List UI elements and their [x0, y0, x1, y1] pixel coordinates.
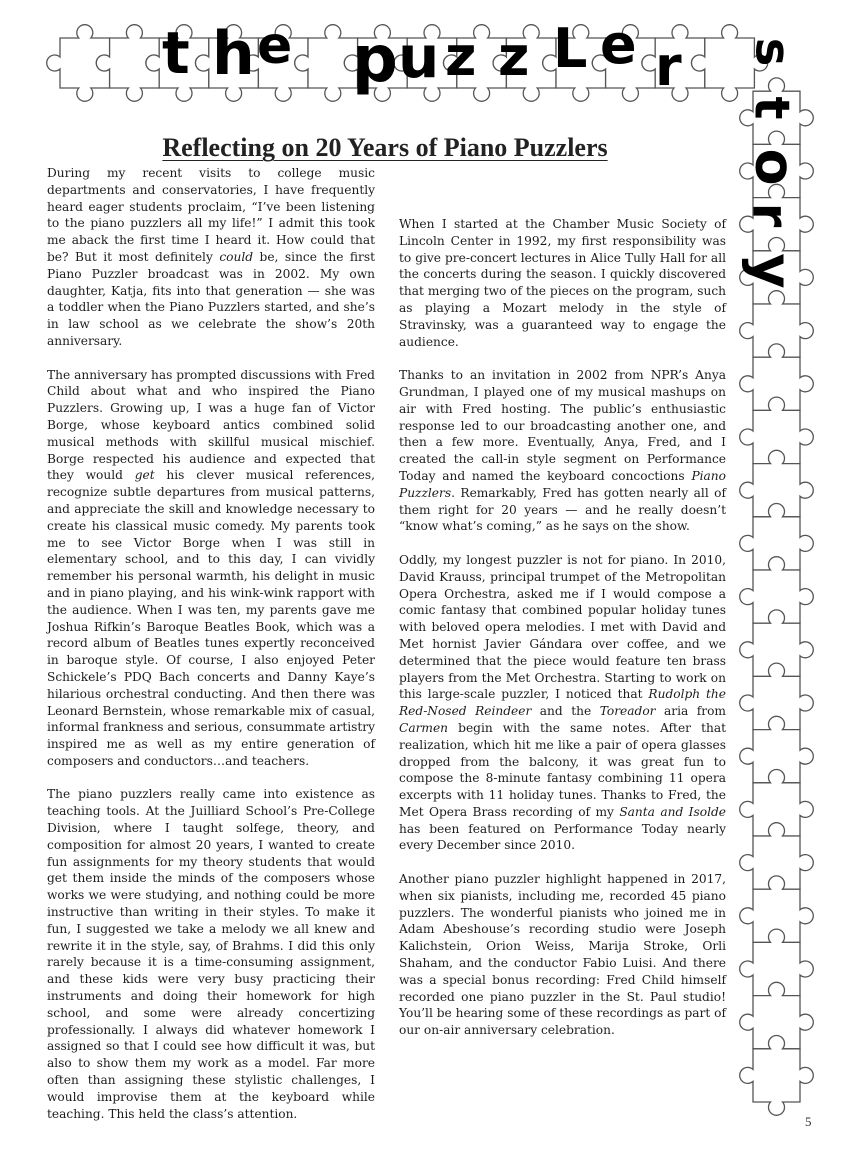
- article-column-left: During my recent visits to college music…: [47, 165, 375, 1139]
- banner-letter: e: [600, 18, 637, 72]
- text-run: aria from: [655, 704, 726, 718]
- banner-letter: t: [162, 24, 190, 82]
- text-run: The piano puzzlers really came into exis…: [47, 787, 375, 1120]
- text-run: Thanks to an invitation in 2002 from NPR…: [399, 368, 726, 483]
- banner-letter: y: [745, 253, 799, 288]
- banner-letter: r: [655, 40, 682, 94]
- text-run: Oddly, my longest puzzler is not for pia…: [399, 553, 726, 701]
- banner-letter: s: [748, 38, 796, 67]
- italic-text: could: [219, 250, 253, 264]
- italic-text: get: [135, 468, 155, 482]
- banner-letter: e: [257, 20, 292, 72]
- text-run: be, since the first Piano Puzzler broadc…: [47, 250, 375, 348]
- article-paragraph: Another piano puzzler highlight happened…: [399, 871, 726, 1039]
- banner-letter: z: [445, 30, 476, 84]
- banner-letter: L: [553, 22, 587, 76]
- banner-letter: h: [212, 24, 255, 84]
- italic-text: Santa and Isolde: [619, 805, 726, 819]
- article-paragraph: The anniversary has prompted discussions…: [47, 367, 375, 770]
- banner-letter: p: [352, 28, 398, 92]
- page-number: 5: [805, 1114, 812, 1130]
- text-run: When I started at the Chamber Music Soci…: [399, 217, 726, 349]
- text-run: Another piano puzzler highlight happened…: [399, 872, 726, 1037]
- text-run: has been featured on Performance Today n…: [399, 822, 726, 853]
- banner-letter: z: [498, 30, 529, 84]
- article-paragraph: The piano puzzlers really came into exis…: [47, 786, 375, 1122]
- italic-text: Toreador: [600, 704, 656, 718]
- article-paragraph: When I started at the Chamber Music Soci…: [399, 216, 726, 350]
- article-paragraph: Thanks to an invitation in 2002 from NPR…: [399, 367, 726, 535]
- text-run: and the: [531, 704, 599, 718]
- article-paragraph: Oddly, my longest puzzler is not for pia…: [399, 552, 726, 854]
- banner-letter: t: [747, 97, 795, 120]
- banner-letter: r: [745, 203, 795, 228]
- italic-text: Carmen: [399, 721, 448, 735]
- text-run: The anniversary has prompted discussions…: [47, 368, 375, 483]
- article-column-right: When I started at the Chamber Music Soci…: [399, 216, 726, 1056]
- article-title: Reflecting on 20 Years of Piano Puzzlers: [150, 133, 620, 163]
- article-paragraph: During my recent visits to college music…: [47, 165, 375, 350]
- banner-letter: u: [398, 28, 439, 86]
- text-run: his clever musical references, recognize…: [47, 468, 375, 768]
- banner-letter: o: [748, 148, 802, 185]
